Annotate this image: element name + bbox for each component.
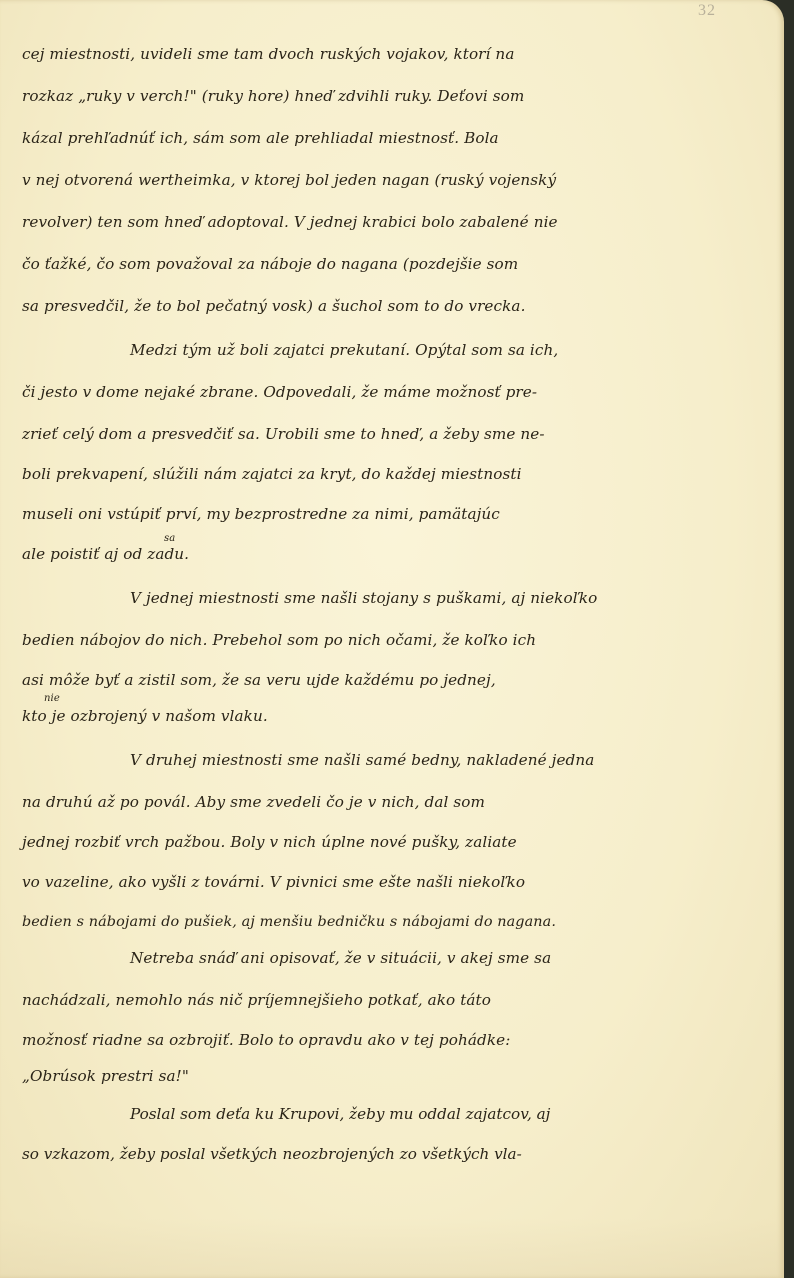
text-line: museli oni vstúpiť prví, my bezprostredn… (22, 498, 500, 530)
text-line: vo vazeline, ako vyšli z továrni. V pivn… (22, 866, 525, 898)
text-line: možnosť riadne sa ozbrojiť. Bolo to opra… (22, 1024, 510, 1056)
paragraph-start-line: V jednej miestnosti sme našli stojany s … (22, 582, 597, 614)
text-line: čo ťažké, čo som považoval za náboje do … (22, 248, 518, 280)
text-line: na druhú až po povál. Aby sme zvedeli čo… (22, 786, 485, 818)
manuscript-page: 32 cej miestnosti, uvideli sme tam dvoch… (0, 0, 784, 1278)
text-line-part: so vzkazom, žeby poslal všetkých neozbro… (22, 1145, 522, 1163)
text-line: boli prekvapení, slúžili nám zajatci za … (22, 458, 522, 490)
paragraph-start-line: Poslal som deťa ku Krupovi, žeby mu odda… (22, 1098, 550, 1130)
interlinear-insertion: nie (44, 693, 60, 704)
paragraph-start-line: V druhej miestnosti sme našli samé bedny… (22, 744, 594, 776)
text-line: „Obrúsok prestri sa!" (22, 1060, 189, 1092)
text-line: rozkaz „ruky v verch!" (ruky hore) hneď … (22, 80, 524, 112)
text-line: cej miestnosti, uvideli sme tam dvoch ru… (22, 38, 514, 70)
page-number: 32 (698, 2, 716, 20)
interlinear-insertion: sa (164, 533, 175, 544)
text-line: zrieť celý dom a presvedčiť sa. Urobili … (22, 418, 545, 450)
text-line: kázal prehľadnúť ich, sám som ale prehli… (22, 122, 499, 154)
text-line: či jesto v dome nejaké zbrane. Odpovedal… (22, 376, 537, 408)
text-line: bedien s nábojami do pušiek, aj menšiu b… (22, 906, 556, 938)
text-line: kto je ozbrojený v našom vlaku. (22, 700, 268, 732)
text-line: nachádzali, nemohlo nás nič príjemnejšie… (22, 984, 491, 1016)
text-line: so vzkazom, žeby poslal všetkých neozbro… (22, 1138, 522, 1170)
paper-stain (0, 1218, 784, 1278)
text-line: v nej otvorená wertheimka, v ktorej bol … (22, 164, 556, 196)
text-line: jednej rozbiť vrch pažbou. Boly v nich ú… (22, 826, 517, 858)
text-line: revolver) ten som hneď adoptoval. V jedn… (22, 206, 558, 238)
text-line: asi môže byť a zistil som, že sa veru uj… (22, 664, 496, 696)
text-line: bedien nábojov do nich. Prebehol som po … (22, 624, 536, 656)
text-line: sa presvedčil, že to bol pečatný vosk) a… (22, 290, 526, 322)
paragraph-start-line: Medzi tým už boli zajatci prekutaní. Opý… (22, 334, 558, 366)
paragraph-start-line: Netreba snáď ani opisovať, že v situácii… (22, 942, 551, 974)
